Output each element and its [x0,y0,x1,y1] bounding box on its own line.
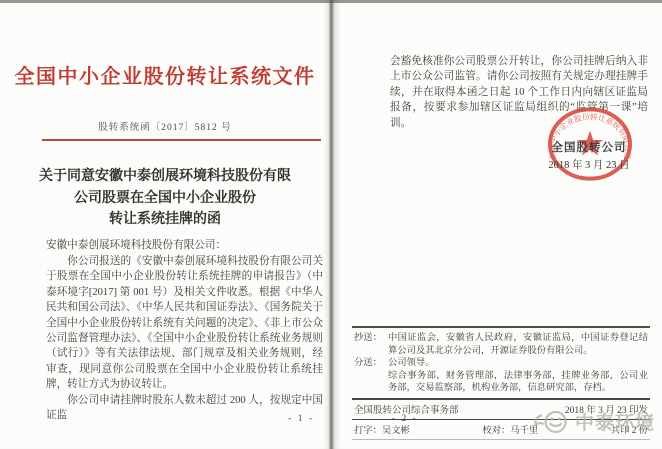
subject-heading: 关于同意安徽中泰创展环境科技股份有限 公司股票在全国中小企业股份 转让系统挂牌的… [16,166,314,231]
typist: 打字：吴文彬 [354,422,410,436]
cc-text: 中国证监会，安徽省人民政府，安徽证监局，中国证券登记结算公司及其北京分公司，开源… [388,332,648,357]
body-paragraph-2: 你公司申请挂牌时股东人数未超过 200 人，按规定中国证监 [46,393,323,424]
whale-logo-icon [532,406,572,436]
subject-line-1: 关于同意安徽中泰创展环境科技股份有限 [16,166,314,188]
body-paragraph-1: 你公司报送的《安徽中泰创展环境科技股份有限公司关于股票在全国中小企业股份转让系统… [46,254,323,393]
distribution-text-2: 综合事务部，财务管理部，法律事务部，挂牌业务部，公司业务部，交易监察部，机构业务… [388,370,648,395]
page-divider [329,0,334,449]
distribution-row-2: 综合事务部，财务管理部，法律事务部，挂牌业务部，公司业务部，交易监察部，机构业务… [352,370,650,395]
subject-line-2: 公司股票在全国中小企业股份 [16,188,314,210]
brand-watermark-text: 中泰环境 [575,408,655,435]
letterhead-title: 全国中小企业股份转让系统文件 [0,60,330,89]
letterhead-rule [42,139,321,141]
indent-spacer [354,370,388,395]
document-page-1: 全国中小企业股份转让系统文件 股转系统函〔2017〕5812 号 关于同意安徽中… [0,0,330,449]
document-page-2: 会豁免核准你公司股票公开转让，你公司挂牌后纳入非上市公众公司监管。请你公司按照有… [334,0,662,449]
proofreader: 校对：马千里 [482,422,538,436]
salutation: 安徽中泰创展环境科技股份有限公司： [46,237,226,252]
scanned-document: 全国中小企业股份转让系统文件 股转系统函〔2017〕5812 号 关于同意安徽中… [0,0,662,449]
scan-edge [0,0,662,3]
body-page-1: 你公司报送的《安徽中泰创展环境科技股份有限公司关于股票在全国中小企业股份转让系统… [46,254,323,423]
page-number-2: - 2 - [392,414,418,424]
sign-date: 2018 年 3 月 23 日 [517,157,661,172]
brand-watermark: 中泰环境 [532,406,655,436]
cc-row: 抄送： 中国证监会，安徽省人民政府，安徽证监局，中国证券登记结算公司及其北京分公… [352,328,650,357]
distribution-label: 分送： [354,357,388,370]
page-number-1: - 1 - [288,414,314,424]
subject-line-3: 转让系统挂牌的函 [16,209,314,231]
distribution-row: 分送： 公司领导。 [352,357,650,370]
distribution-text: 公司领导。 [388,357,648,370]
document-number: 股转系统函〔2017〕5812 号 [0,119,330,133]
signer-name: 全国股转公司 [522,139,656,155]
cc-label: 抄送： [354,332,388,357]
